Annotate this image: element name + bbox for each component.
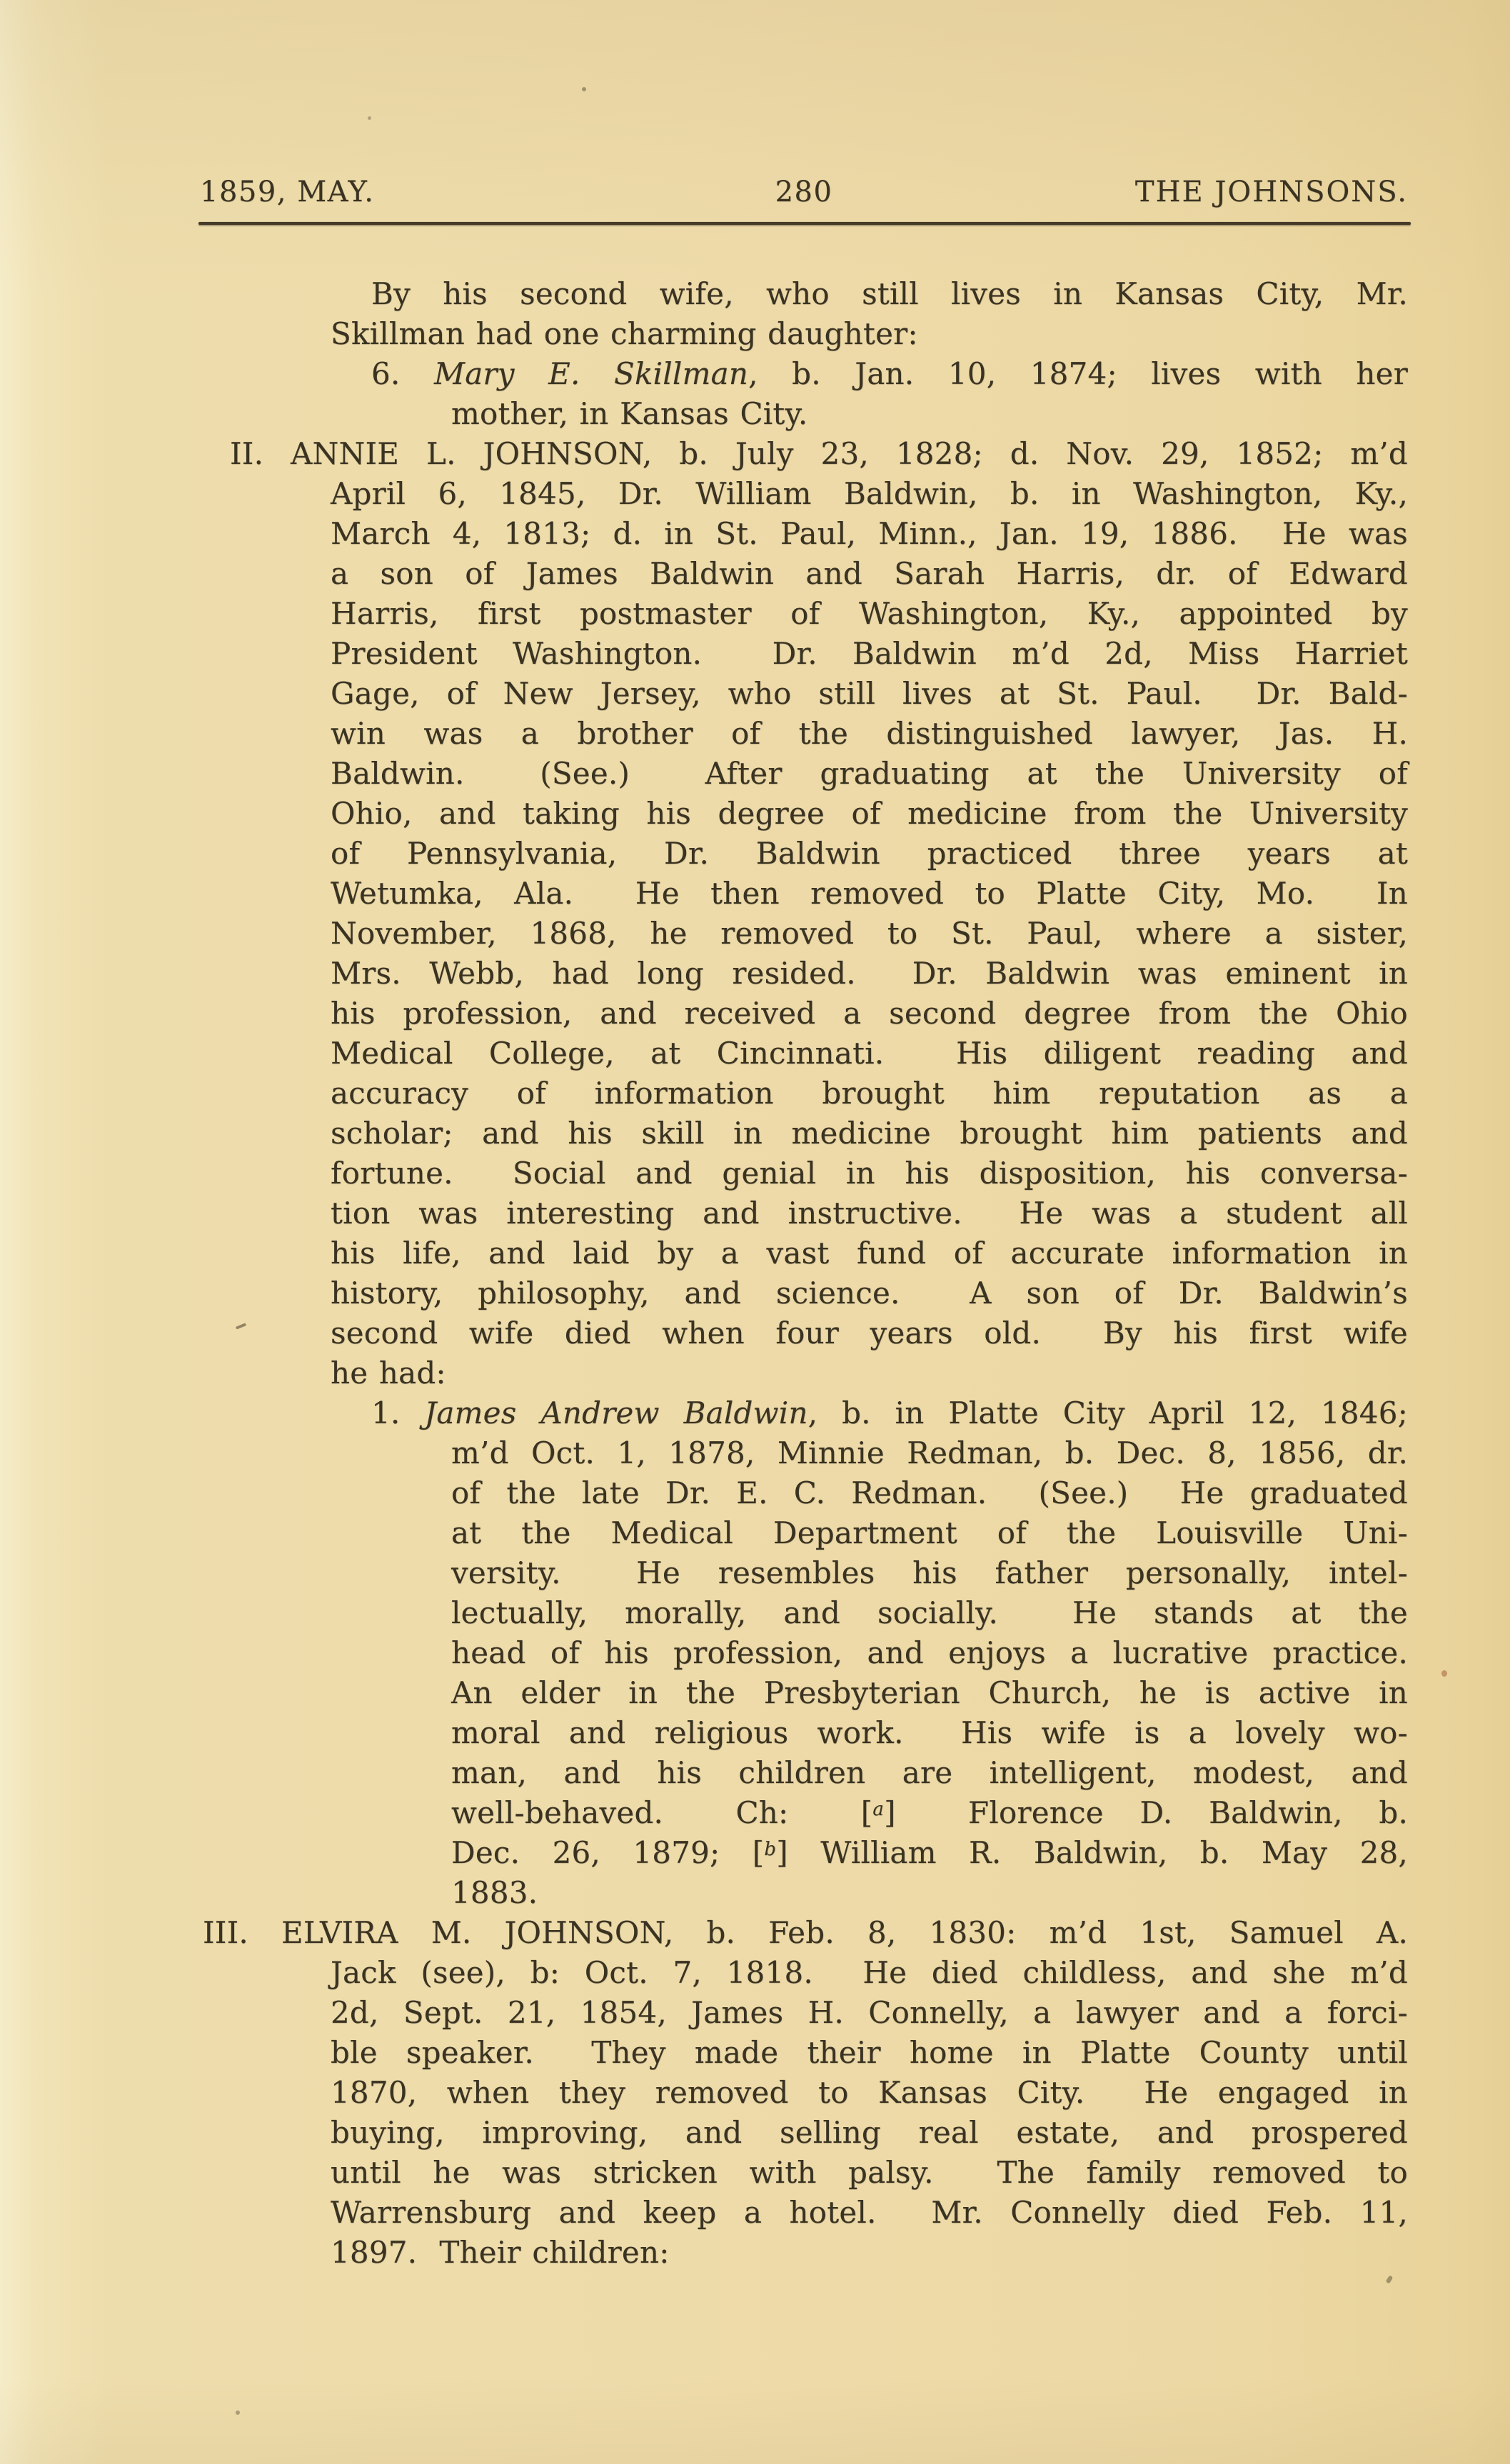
text-line: II. ANNIE L. JOHNSON, b. July 23, 1828; … [200,434,1408,474]
text-run: man, and his children are intelligent, m… [451,1755,1408,1790]
text-run: he had: [331,1355,446,1390]
text-line: until he was stricken with palsy. The fa… [200,2153,1408,2193]
stray-mark [1441,1670,1447,1677]
text-line: Jack (see), b: Oct. 7, 1818. He died chi… [200,1953,1408,1993]
text-line: Dec. 26, 1879; [b] William R. Baldwin, b… [200,1833,1408,1873]
text-run: of the late Dr. E. C. Redman. (See.) He … [451,1475,1408,1510]
italic-name: James Andrew Baldwin [424,1395,807,1430]
text-line: head of his profession, and enjoys a luc… [200,1633,1408,1673]
text-line: 1897. Their children: [200,2233,1408,2273]
text-line: III. ELVIRA M. JOHNSON, b. Feb. 8, 1830:… [200,1913,1408,1953]
text-run: , b. Jan. 10, 1874; lives with her [748,356,1408,391]
text-line: An elder in the Presbyterian Church, he … [200,1673,1408,1713]
text-line: Harris, first postmaster of Washington, … [200,594,1408,634]
text-run: well-behaved. Ch: [451,1795,861,1830]
text-line: 1883. [200,1873,1408,1913]
text-line: November, 1868, he removed to St. Paul, … [200,914,1408,954]
child-letter-marker: [b] [753,1835,788,1870]
text-line: Wetumka, Ala. He then removed to Platte … [200,874,1408,914]
text-run: 1883. [451,1875,538,1910]
header-title: THE JOHNSONS. [200,176,1408,208]
stray-mark [236,2410,240,2415]
text-line: 1870, when they removed to Kansas City. … [200,2073,1408,2113]
text-run: history, philosophy, and science. A son … [331,1276,1408,1311]
text-run: versity. He resembles his father persona… [451,1555,1408,1590]
child-letter-marker: [a] [861,1795,896,1830]
text-line: Baldwin. (See.) After graduating at the … [200,754,1408,794]
text-line: he had: [200,1353,1408,1393]
text-run: April 6, 1845, Dr. William Baldwin, b. i… [331,476,1408,511]
text-line: at the Medical Department of the Louisvi… [200,1513,1408,1553]
text-line: 2d, Sept. 21, 1854, James H. Connelly, a… [200,1993,1408,2033]
text-line: moral and religious work. His wife is a … [200,1713,1408,1753]
text-line: of Pennsylvania, Dr. Baldwin practiced t… [200,834,1408,874]
text-run: accuracy of information brought him repu… [331,1076,1408,1111]
text-line: 1. James Andrew Baldwin, b. in Platte Ci… [200,1393,1408,1433]
text-run: Medical College, at Cincinnati. His dili… [331,1036,1408,1071]
text-line: win was a brother of the distinguished l… [200,714,1408,754]
text-run: a son of James Baldwin and Sarah Harris,… [331,556,1408,591]
text-run: An elder in the Presbyterian Church, he … [451,1675,1408,1710]
text-line: ble speaker. They made their home in Pla… [200,2033,1408,2073]
text-run: President Washington. Dr. Baldwin m’d 2d… [331,636,1408,671]
text-run: , b. in Platte City April 12, 1846; [808,1395,1408,1430]
text-line: well-behaved. Ch: [a] Florence D. Baldwi… [200,1793,1408,1833]
text-run: tion was interesting and instructive. He… [331,1196,1408,1231]
text-line: scholar; and his skill in medicine broug… [200,1114,1408,1153]
text-run: his life, and laid by a vast fund of acc… [331,1236,1408,1271]
text-run: 1. [371,1395,424,1430]
text-run: Ohio, and taking his degree of medicine … [331,796,1408,831]
text-run: Warrensburg and keep a hotel. Mr. Connel… [331,2195,1408,2230]
stray-mark [582,87,586,91]
text-line: By his second wife, who still lives in K… [200,274,1408,314]
text-line: of the late Dr. E. C. Redman. (See.) He … [200,1473,1408,1513]
italic-name: Mary E. Skillman [434,356,748,391]
text-run: buying, improving, and selling real esta… [331,2115,1408,2150]
text-line: history, philosophy, and science. A son … [200,1273,1408,1313]
text-run: until he was stricken with palsy. The fa… [331,2155,1408,2190]
text-line: his profession, and received a second de… [200,994,1408,1034]
text-line: Medical College, at Cincinnati. His dili… [200,1034,1408,1074]
text-line: lectually, morally, and socially. He sta… [200,1593,1408,1633]
text-run: By his second wife, who still lives in K… [371,276,1408,311]
text-run: of Pennsylvania, Dr. Baldwin practiced t… [331,836,1408,871]
text-run: III. ELVIRA M. JOHNSON, b. Feb. 8, 1830:… [203,1915,1408,1950]
text-run: Harris, first postmaster of Washington, … [331,596,1408,631]
text-line: tion was interesting and instructive. He… [200,1193,1408,1233]
text-run: 1897. Their children: [331,2235,670,2270]
text-line: versity. He resembles his father persona… [200,1553,1408,1593]
text-run: Gage, of New Jersey, who still lives at … [331,676,1408,711]
stray-mark [368,116,371,120]
text-run: mother, in Kansas City. [451,396,807,431]
text-run: fortune. Social and genial in his dispos… [331,1156,1408,1191]
text-line: President Washington. Dr. Baldwin m’d 2d… [200,634,1408,674]
stray-mark [1386,2275,1394,2284]
text-run: II. ANNIE L. JOHNSON, b. July 23, 1828; … [230,436,1408,471]
text-line: second wife died when four years old. By… [200,1313,1408,1353]
text-run: scholar; and his skill in medicine broug… [331,1116,1408,1151]
text-line: his life, and laid by a vast fund of acc… [200,1233,1408,1273]
book-page: 1859, MAY. 280 THE JOHNSONS. By his seco… [0,0,1510,2464]
text-line: April 6, 1845, Dr. William Baldwin, b. i… [200,474,1408,514]
text-run: Skillman had one charming daughter: [331,316,918,351]
text-line: Skillman had one charming daughter: [200,314,1408,354]
text-run: win was a brother of the distinguished l… [331,716,1408,751]
text-line: fortune. Social and genial in his dispos… [200,1153,1408,1193]
text-run: 6. [371,356,434,391]
text-run: November, 1868, he removed to St. Paul, … [331,916,1408,951]
text-run: March 4, 1813; d. in St. Paul, Minn., Ja… [331,516,1408,551]
text-run: Jack (see), b: Oct. 7, 1818. He died chi… [331,1955,1408,1990]
text-run: m’d Oct. 1, 1878, Minnie Redman, b. Dec.… [451,1435,1408,1470]
text-line: Warrensburg and keep a hotel. Mr. Connel… [200,2193,1408,2233]
header-rule [198,222,1411,225]
text-line: accuracy of information brought him repu… [200,1074,1408,1114]
text-run: head of his profession, and enjoys a luc… [451,1635,1408,1670]
text-run: William R. Baldwin, b. May 28, [788,1835,1408,1870]
text-run: 2d, Sept. 21, 1854, James H. Connelly, a… [331,1995,1408,2030]
text-run: Wetumka, Ala. He then removed to Platte … [331,876,1408,911]
text-run: at the Medical Department of the Louisvi… [451,1515,1408,1550]
text-line: buying, improving, and selling real esta… [200,2113,1408,2153]
text-run: his profession, and received a second de… [331,996,1408,1031]
text-line: mother, in Kansas City. [200,394,1408,434]
text-line: man, and his children are intelligent, m… [200,1753,1408,1793]
text-run: Baldwin. (See.) After graduating at the … [331,756,1408,791]
text-line: March 4, 1813; d. in St. Paul, Minn., Ja… [200,514,1408,554]
text-run: Dec. 26, 1879; [451,1835,753,1870]
text-run: Mrs. Webb, had long resided. Dr. Baldwin… [331,956,1408,991]
text-run: 1870, when they removed to Kansas City. … [331,2075,1408,2110]
text-run: second wife died when four years old. By… [331,1316,1408,1350]
body-text-block: By his second wife, who still lives in K… [200,274,1408,2273]
text-run: Florence D. Baldwin, b. [896,1795,1408,1830]
text-line: a son of James Baldwin and Sarah Harris,… [200,554,1408,594]
text-run: moral and religious work. His wife is a … [451,1715,1408,1750]
text-line: Gage, of New Jersey, who still lives at … [200,674,1408,714]
text-line: Mrs. Webb, had long resided. Dr. Baldwin… [200,954,1408,994]
page-header: 1859, MAY. 280 THE JOHNSONS. [200,176,1408,218]
text-line: Ohio, and taking his degree of medicine … [200,794,1408,834]
text-line: 6. Mary E. Skillman, b. Jan. 10, 1874; l… [200,354,1408,394]
text-line: m’d Oct. 1, 1878, Minnie Redman, b. Dec.… [200,1433,1408,1473]
text-run: lectually, morally, and socially. He sta… [451,1595,1408,1630]
text-run: ble speaker. They made their home in Pla… [331,2035,1408,2070]
